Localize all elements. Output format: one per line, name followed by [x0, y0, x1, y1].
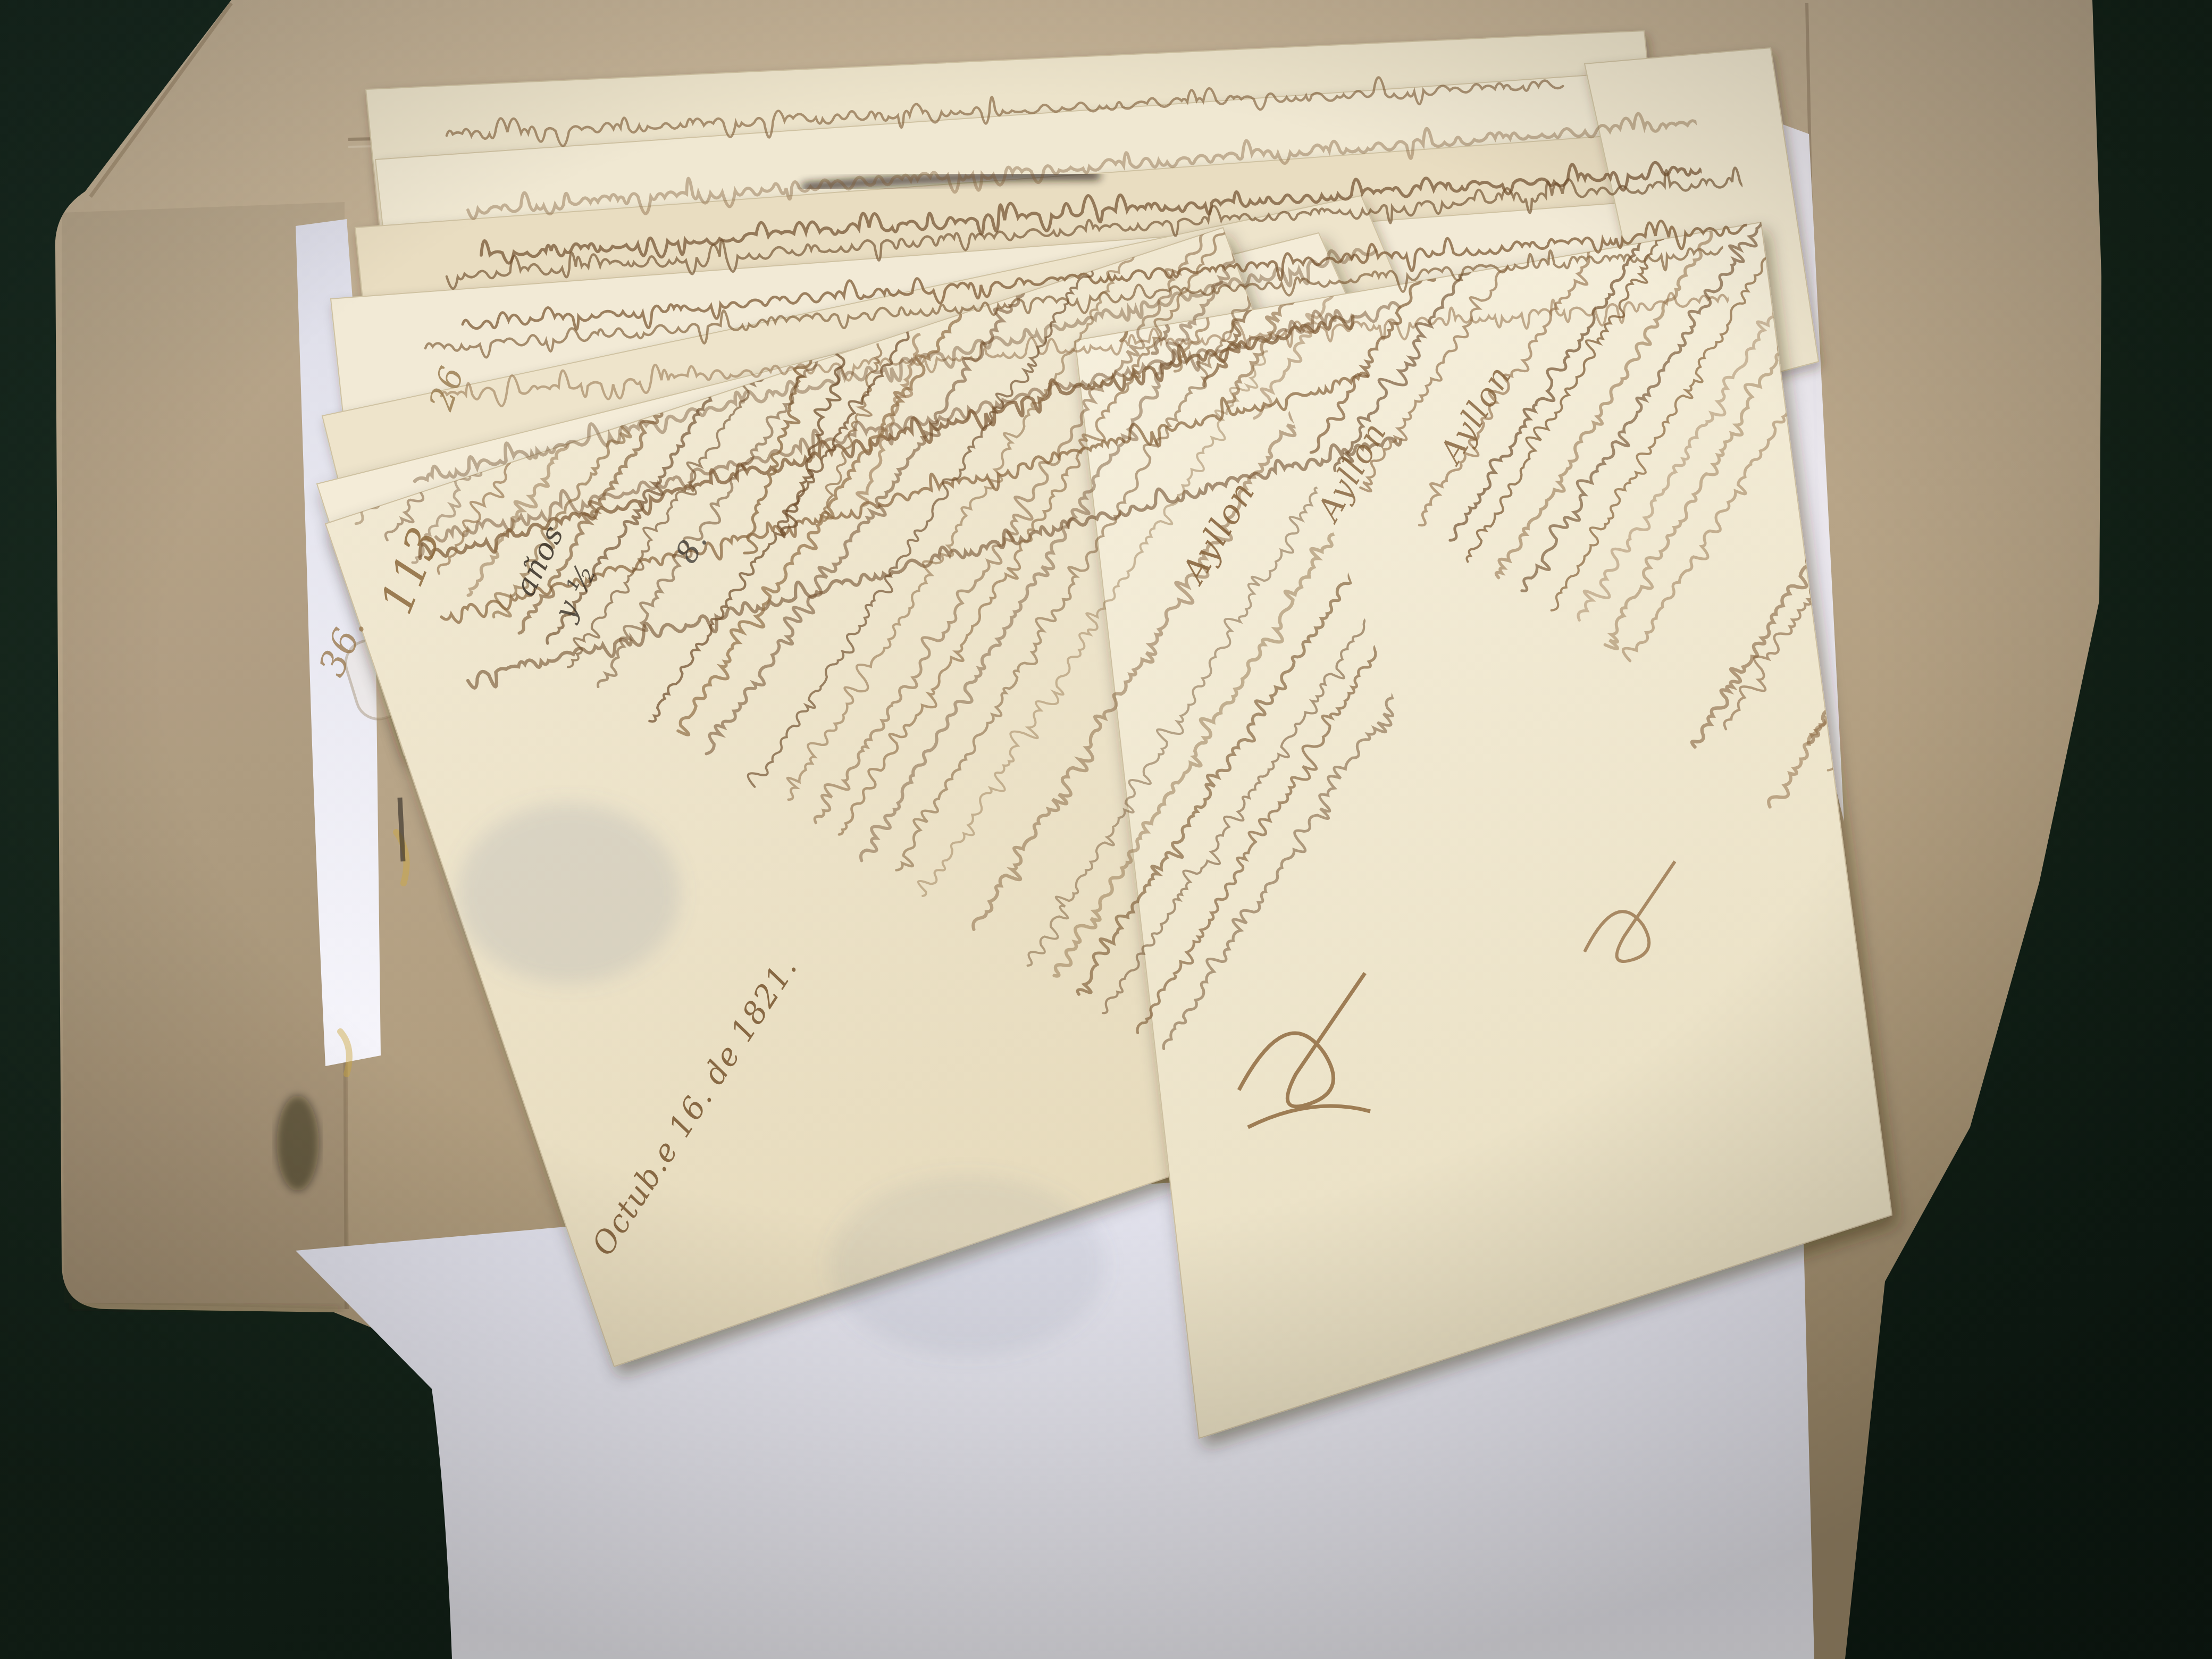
photo-vignette: [0, 0, 2212, 1659]
photo-of-archive-box: 26 113 36. años y ½ 8. Octub.e 16. de 18…: [0, 0, 2212, 1659]
